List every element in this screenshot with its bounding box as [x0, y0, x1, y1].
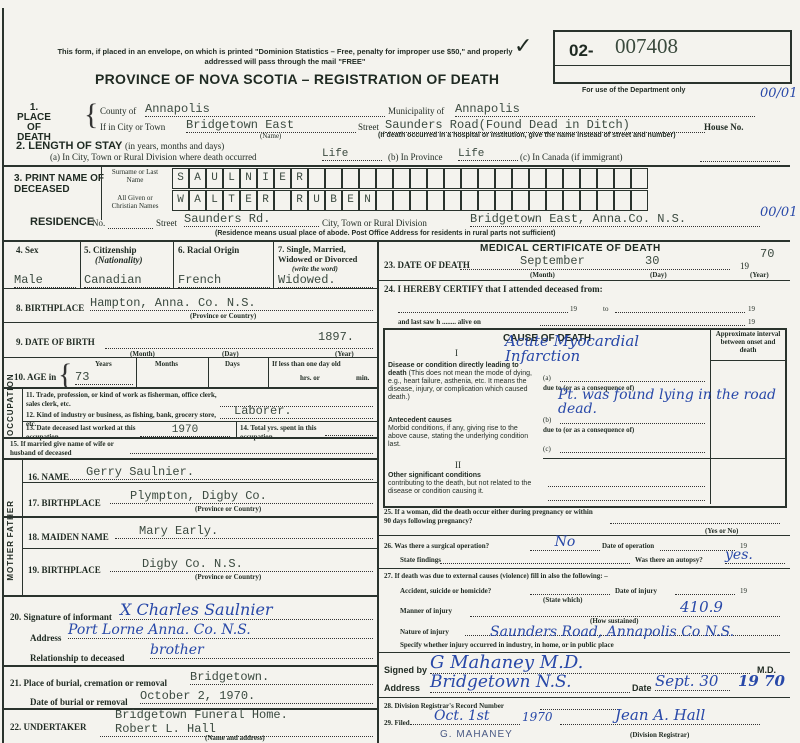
antecedent-bold: Antecedent causes — [388, 417, 452, 424]
divider — [2, 165, 790, 167]
residence-no-field[interactable] — [108, 216, 153, 229]
name-letter-cell[interactable]: I — [257, 168, 274, 189]
name-letter-cell[interactable]: U — [308, 190, 325, 211]
due-to-2: due to (or as a consequence of) — [543, 426, 634, 434]
divider — [208, 357, 209, 387]
name-letter-cell[interactable] — [495, 190, 512, 211]
spouse-field[interactable] — [130, 447, 373, 454]
city-label: If in City or Town — [100, 122, 165, 132]
manner-label: Manner of injury — [400, 607, 452, 615]
box-divider — [555, 65, 790, 66]
q14-label: 14. Total yrs. spent in this occupation — [240, 424, 330, 442]
division-registrar-signature[interactable]: Jean A. Hall — [560, 706, 760, 725]
injury-nineteen: 19 — [740, 587, 747, 595]
municipality-label: Municipality of — [388, 106, 444, 116]
marital-field[interactable]: Widowed. — [278, 273, 373, 288]
yes-no-caption: (Yes or No) — [705, 527, 738, 535]
dod-day: 30 — [645, 254, 659, 268]
name-letter-cell[interactable] — [580, 190, 597, 211]
sex-label: 4. Sex — [16, 245, 39, 255]
county-field[interactable]: Annapolis — [145, 102, 385, 117]
part-two-label: II — [455, 460, 461, 470]
father-birthplace-caption: (Province or Country) — [195, 505, 261, 513]
date-of-death-label: 23. DATE OF DEATH — [384, 260, 470, 270]
residence-street-label: Street — [156, 218, 177, 228]
part-one-label: I — [455, 348, 458, 358]
burial-date-label: Date of burial or removal — [30, 697, 128, 707]
injury-date-label: Date of injury — [615, 587, 657, 595]
undertaker-label: 22. UNDERTAKER — [10, 722, 87, 732]
dob-label: 9. DATE OF BIRTH — [16, 337, 95, 347]
age-years-field[interactable]: 73 — [75, 370, 133, 385]
findings-label: State findings — [400, 556, 441, 564]
antecedent-desc: Morbid conditions, if any, giving rise t… — [388, 425, 528, 448]
last-saw-label: and last saw h ........ alive on — [398, 318, 481, 326]
name-letter-cell[interactable]: W — [172, 190, 189, 211]
name-letter-cell[interactable] — [563, 190, 580, 211]
divider — [22, 548, 378, 549]
months-label: Months — [155, 360, 178, 368]
name-letter-cell[interactable] — [614, 168, 631, 189]
stay-province-field[interactable]: Life — [458, 148, 518, 161]
stay-city-field[interactable]: Life — [322, 148, 382, 161]
stay-canada-label: (c) In Canada (if immigrant) — [520, 152, 622, 162]
divider — [378, 568, 790, 569]
cause-a-label: (a) — [543, 374, 551, 382]
filed-date[interactable]: Oct. 1st — [410, 708, 520, 725]
injury-date-field[interactable] — [675, 586, 735, 595]
street-field[interactable]: Saunders Road(Found Dead in Ditch) — [385, 118, 705, 133]
name-letter-cell[interactable] — [631, 190, 648, 211]
name-letter-cell[interactable] — [444, 190, 461, 211]
informant-address[interactable]: Port Lorne Anna. Co. N.S. — [68, 622, 373, 639]
pregnancy-question: 25. If a woman, did the death occur eith… — [384, 508, 594, 526]
relationship-label: Relationship to deceased — [30, 653, 125, 663]
divider — [710, 360, 785, 361]
burial-place-field[interactable]: Bridgetown. — [190, 670, 373, 685]
name-caption: (Name) — [260, 132, 281, 140]
divider — [2, 665, 378, 667]
pregnancy-field[interactable] — [610, 515, 780, 524]
other-desc: contributing to the death, but not relat… — [388, 480, 531, 495]
name-letter-cell[interactable] — [546, 168, 563, 189]
divider — [2, 240, 790, 242]
name-letter-cell[interactable]: E — [240, 190, 257, 211]
divider — [268, 357, 269, 387]
name-letter-cell[interactable] — [427, 190, 444, 211]
dod-nineteen: 19 — [740, 261, 749, 271]
other-conditions-field-2[interactable] — [548, 492, 705, 501]
name-letter-cell[interactable] — [529, 168, 546, 189]
divider — [22, 387, 23, 437]
birthplace-label: 8. BIRTHPLACE — [16, 303, 84, 313]
undertaker-line1[interactable]: Bridgetown Funeral Home. — [115, 708, 288, 722]
cause-a-field[interactable] — [560, 373, 705, 382]
father-birthplace-field[interactable]: Plympton, Digby Co. — [110, 489, 373, 504]
name-letter-cell[interactable] — [410, 168, 427, 189]
citizenship-sub: (Nationality) — [95, 255, 143, 265]
divider — [136, 357, 137, 387]
divider — [378, 697, 790, 698]
father-birthplace-label: 17. BIRTHPLACE — [28, 498, 101, 508]
filed-label: 29. Filed — [384, 719, 410, 727]
father-side-label: FATHER — [6, 500, 15, 537]
column-divider — [377, 240, 379, 743]
length-of-stay-label: 2. LENGTH OF STAY — [16, 140, 122, 152]
name-letter-cell[interactable] — [376, 190, 393, 211]
father-name-label: 16. NAME — [28, 472, 69, 482]
q11-label: 11. Trade, profession, or kind of work a… — [26, 391, 226, 409]
physician-address[interactable]: Bridgetown N.S. — [430, 672, 630, 693]
divider — [2, 288, 378, 289]
surgical-operation-label: 26. Was there a surgical operation? — [384, 542, 489, 550]
min-label: min. — [356, 374, 369, 382]
length-of-stay-sub: (in years, months and days) — [125, 141, 224, 151]
divider — [22, 482, 378, 483]
racial-origin-field[interactable]: French — [178, 273, 270, 288]
name-letter-cell[interactable]: R — [291, 190, 308, 211]
name-letter-cell[interactable] — [580, 168, 597, 189]
given-label: All Given or Christian Names — [104, 194, 166, 210]
registrar-stamp: G. MAHANEY — [440, 729, 513, 740]
attended-from-field[interactable] — [398, 304, 568, 313]
signed-by-label: Signed by — [384, 665, 427, 675]
from-nineteen: 19 — [570, 305, 577, 313]
registration-number-box: 02- 007408 — [553, 30, 792, 84]
dod-year-caption: (Year) — [750, 271, 769, 279]
mother-birthplace-label: 19. BIRTHPLACE — [28, 565, 101, 575]
name-letter-cell[interactable] — [427, 168, 444, 189]
cause-c-field[interactable] — [560, 444, 705, 453]
operation-date-label: Date of operation — [602, 542, 654, 550]
other-conditions-description: Other significant conditionscontributing… — [388, 472, 536, 496]
name-letter-cell[interactable] — [461, 168, 478, 189]
mother-birthplace-field[interactable]: Digby Co. N.S. — [110, 557, 373, 572]
accident-label: Accident, suicide or homicide? — [400, 587, 491, 595]
name-letter-cell[interactable]: E — [274, 168, 291, 189]
name-letter-cell[interactable]: L — [223, 168, 240, 189]
sex-field[interactable]: Male — [14, 273, 76, 288]
surgical-operation-field[interactable]: No — [530, 534, 600, 551]
filed-year: 1970 — [522, 710, 553, 724]
cause-b-field[interactable] — [560, 415, 705, 424]
dod-month: September — [520, 254, 585, 268]
burial-date-field[interactable]: October 2, 1970. — [140, 689, 373, 704]
name-letter-cell[interactable] — [393, 168, 410, 189]
street-label: Street — [358, 122, 379, 132]
occupation-side-label: OCCUPATION — [6, 394, 15, 436]
informant-address-label: Address — [30, 633, 61, 643]
name-letter-cell[interactable] — [274, 190, 291, 211]
days-label: Days — [225, 360, 240, 368]
reg-number: 007408 — [615, 34, 678, 59]
divider — [236, 421, 237, 437]
mother-side-label: MOTHER — [6, 540, 15, 581]
residence-city-field[interactable]: Bridgetown East, Anna.Co. N.S. — [470, 212, 760, 227]
reg-prefix: 02- — [569, 41, 594, 61]
marital-label: 7. Single, Married, Widowed or Divorced — [278, 244, 376, 264]
mail-notice: This form, if placed in an envelope, on … — [55, 47, 515, 67]
form-title: PROVINCE OF NOVA SCOTIA – REGISTRATION O… — [95, 71, 499, 87]
specify-label: Specify whether injury occurred in indus… — [400, 641, 614, 649]
name-letter-cell[interactable] — [597, 190, 614, 211]
informant-signature-label: 20. Signature of informant — [10, 612, 112, 622]
age-label: 10. AGE in — [14, 372, 56, 382]
name-letter-cell[interactable] — [444, 168, 461, 189]
divider — [2, 437, 378, 439]
name-letter-cell[interactable]: L — [206, 190, 223, 211]
physician-signature[interactable]: G Mahaney M.D. — [430, 652, 750, 674]
part-one-description: Disease or condition directly leading to… — [388, 362, 536, 402]
name-letter-cell[interactable] — [359, 168, 376, 189]
undertaker-caption: (Name and address) — [205, 734, 265, 742]
divider — [80, 240, 81, 288]
name-letter-cell[interactable]: E — [342, 190, 359, 211]
name-letter-cell[interactable] — [478, 168, 495, 189]
check-mark: ✓ — [514, 33, 532, 59]
years-label: Years — [95, 360, 112, 368]
physician-address-label: Address — [384, 683, 420, 693]
name-letter-cell[interactable] — [376, 168, 393, 189]
name-letter-cell[interactable] — [478, 190, 495, 211]
name-letter-cell[interactable] — [563, 168, 580, 189]
autopsy-field[interactable]: yes. — [725, 547, 785, 564]
mother-birthplace-caption: (Province or Country) — [195, 573, 261, 581]
q14-field[interactable] — [325, 430, 373, 436]
dob-year: 1897. — [318, 330, 354, 344]
margin-code-1: 00/01 — [760, 86, 797, 101]
divider — [2, 322, 378, 323]
brace: { — [84, 100, 98, 130]
name-letter-cell[interactable]: U — [206, 168, 223, 189]
stay-city-label: (a) In City, Town or Rural Division wher… — [50, 152, 257, 162]
part-one-desc: (This does not mean the mode of dying, e… — [388, 370, 532, 401]
name-letter-cell[interactable] — [546, 190, 563, 211]
name-letter-cell[interactable]: A — [189, 168, 206, 189]
surname-label: Surname or Last Name — [104, 168, 166, 184]
autopsy-label: Was there an autopsy? — [635, 556, 703, 564]
dod-year: 70 — [760, 247, 774, 261]
divider — [710, 328, 711, 504]
date-of-death-field[interactable] — [460, 256, 730, 270]
findings-field[interactable] — [440, 555, 630, 564]
specify-field[interactable]: Saunders Road, Annapolis Co N.S. — [490, 624, 734, 640]
informant-signature[interactable]: X Charles Saulnier — [120, 600, 373, 620]
divider — [2, 387, 378, 389]
residence-no-label: No. — [92, 218, 105, 228]
divider — [2, 595, 378, 597]
divider — [2, 516, 378, 518]
certificate-date[interactable]: Sept. 30 — [655, 672, 730, 691]
name-letter-cell[interactable] — [512, 168, 529, 189]
operation-date-field[interactable] — [660, 542, 735, 551]
divider — [22, 421, 378, 422]
external-causes-label: 27. If death was due to external causes … — [384, 572, 608, 580]
city-field[interactable]: Bridgetown East — [186, 118, 356, 133]
name-letter-cell[interactable]: R — [291, 168, 308, 189]
name-letter-cell[interactable]: T — [223, 190, 240, 211]
divider — [2, 458, 378, 460]
cause-b-label: (b) — [543, 416, 551, 424]
name-letter-cell[interactable] — [393, 190, 410, 211]
medical-certificate-title: MEDICAL CERTIFICATE OF DEATH — [480, 243, 661, 254]
to-label: to — [603, 305, 608, 313]
divider — [273, 240, 274, 288]
name-letter-cell[interactable] — [325, 168, 342, 189]
mother-maiden-field[interactable]: Mary Early. — [115, 524, 373, 539]
birthplace-field[interactable]: Hampton, Anna. Co. N.S. — [90, 296, 373, 311]
burial-place-label: 21. Place of burial, cremation or remova… — [10, 678, 167, 688]
county-label: County of — [100, 106, 136, 116]
cause-b-note[interactable]: Pt. was found lying in the road dead. — [558, 388, 798, 416]
relationship-field[interactable]: brother — [150, 642, 373, 659]
name-letter-cell[interactable] — [631, 168, 648, 189]
antecedent-description: Antecedent causesMorbid conditions, if a… — [388, 417, 536, 449]
citizenship-label: 5. Citizenship — [84, 245, 137, 255]
certificate-year: 19 70 — [738, 672, 785, 690]
attended-to-field[interactable] — [615, 304, 745, 313]
divider — [543, 458, 785, 459]
cause-a-value[interactable]: Acute Myocardial Infarction — [505, 334, 705, 364]
divider — [22, 458, 23, 595]
manner-field[interactable]: 410.9 — [470, 598, 780, 617]
name-letter-cell[interactable] — [614, 190, 631, 211]
mother-maiden-label: 18. MAIDEN NAME — [28, 532, 109, 542]
cause-c-label: (c) — [543, 445, 551, 453]
house-no-label: House No. — [704, 122, 744, 132]
division-registrar-caption: (Division Registrar) — [630, 731, 689, 739]
name-letter-cell[interactable]: S — [172, 168, 189, 189]
other-conditions-field-1[interactable] — [548, 478, 705, 487]
citizenship-field[interactable]: Canadian — [84, 273, 170, 288]
stay-province-label: (b) In Province — [388, 152, 442, 162]
less-than-day-label: If less than one day old — [272, 360, 341, 368]
name-letter-cell[interactable] — [410, 190, 427, 211]
residence-caption: (Residence means usual place of abode. P… — [215, 230, 556, 237]
print-name-label: 3. PRINT NAME OF DECEASED — [14, 173, 104, 195]
marital-sub: (write the word) — [292, 265, 338, 273]
name-letter-cell[interactable] — [529, 190, 546, 211]
father-name-field[interactable]: Gerry Saulnier. — [68, 465, 373, 480]
name-letter-cell[interactable]: R — [257, 190, 274, 211]
name-letter-cell[interactable]: B — [325, 190, 342, 211]
spouse-label: 15. If married give name of wife or husb… — [10, 440, 130, 458]
name-letter-cell[interactable]: A — [189, 190, 206, 211]
name-letter-cell[interactable] — [495, 168, 512, 189]
name-letter-cell[interactable]: N — [240, 168, 257, 189]
other-bold: Other significant conditions — [388, 472, 481, 479]
dept-only-note: For use of the Department only — [582, 87, 685, 94]
street-caption: (If death occurred in a hospital or inst… — [378, 132, 676, 139]
residence-street-field[interactable]: Saunders Rd. — [184, 212, 319, 227]
name-letter-cell[interactable] — [308, 168, 325, 189]
stay-canada-field[interactable] — [700, 148, 780, 162]
residence-city-label: City, Town or Rural Division — [322, 218, 427, 228]
municipality-field[interactable]: Annapolis — [455, 102, 755, 117]
racial-origin-label: 6. Racial Origin — [178, 245, 239, 255]
name-letter-cell[interactable]: N — [359, 190, 376, 211]
q13-field[interactable]: 1970 — [140, 424, 230, 437]
q12-field[interactable]: Laborer. — [220, 404, 373, 419]
last-saw-nineteen: 19 — [748, 318, 755, 326]
dod-day-caption: (Day) — [650, 271, 667, 279]
last-saw-field[interactable] — [540, 317, 745, 326]
divider — [173, 240, 174, 288]
residence-label: RESIDENCE — [30, 216, 94, 228]
certificate-date-label: Date — [632, 683, 652, 693]
interval-label: Approximate interval between onset and d… — [714, 330, 782, 354]
name-letter-cell[interactable] — [512, 190, 529, 211]
to-nineteen: 19 — [748, 305, 755, 313]
name-letter-cell[interactable] — [461, 190, 478, 211]
nature-label: Nature of injury — [400, 628, 449, 636]
name-letter-cell[interactable] — [597, 168, 614, 189]
dod-month-caption: (Month) — [530, 271, 555, 279]
margin-code-2: 00/01 — [760, 205, 797, 220]
divider — [378, 280, 790, 281]
divider — [101, 165, 102, 220]
name-letter-cell[interactable] — [342, 168, 359, 189]
place-of-death-label: 1. PLACE OF DEATH — [14, 103, 54, 143]
left-border — [2, 8, 4, 743]
accident-field[interactable] — [530, 586, 610, 595]
certify-label: 24. I HEREBY CERTIFY that I attended dec… — [384, 284, 603, 294]
birthplace-caption: (Province or Country) — [190, 312, 256, 320]
hrs-label: hrs. or — [300, 374, 320, 382]
